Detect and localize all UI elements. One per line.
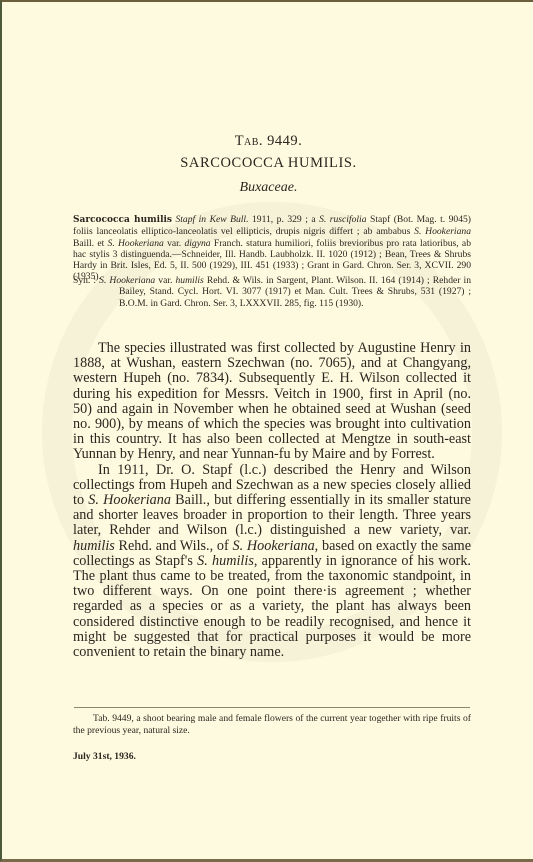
divider bbox=[74, 707, 470, 708]
paragraph-1: The species illustrated was first collec… bbox=[73, 341, 471, 463]
desc-italic: S. Hookeriana bbox=[414, 226, 471, 237]
plate-caption: Tab. 9449, a shoot bearing male and fema… bbox=[73, 713, 471, 736]
body-text: The species illustrated was first collec… bbox=[73, 341, 471, 660]
p2-text: Rehd. and Wils., of bbox=[115, 538, 233, 554]
p2-text: , apparently in ignorance of his work. T… bbox=[73, 553, 471, 660]
plate-number: Tab. 9449. bbox=[2, 133, 533, 150]
document-page: Tab. 9449. SARCOCOCCA HUMILIS. Buxaceae.… bbox=[0, 0, 533, 862]
species-title: SARCOCOCCA HUMILIS. bbox=[2, 155, 533, 172]
species-name: Sarcococca humilis bbox=[73, 215, 172, 225]
desc-text: var. bbox=[164, 238, 185, 249]
desc-italic: S. Hookeriana bbox=[108, 238, 164, 249]
syn-label: Syn. : bbox=[73, 275, 99, 286]
syn-italic: S. Hookeriana bbox=[99, 275, 155, 286]
p2-italic: S. Hookeriana bbox=[88, 492, 171, 508]
latin-description: Sarcococca humilis Stapf in Kew Bull. 19… bbox=[73, 214, 471, 283]
syn-italic: humilis bbox=[176, 275, 204, 286]
desc-text: 1911, p. 329 ; a bbox=[249, 214, 320, 225]
syn-text: var. bbox=[155, 275, 175, 286]
desc-italic: S. ruscifolia bbox=[319, 214, 366, 225]
synonymy: Syn. : S. Hookeriana var. humilis Rehd. … bbox=[73, 275, 471, 309]
p2-italic: S. humilis bbox=[197, 553, 254, 569]
p2-italic: humilis bbox=[73, 538, 115, 554]
p2-italic: S. Hookeriana bbox=[232, 538, 314, 554]
desc-text: Baill. et bbox=[73, 238, 108, 249]
paragraph-2: In 1911, Dr. O. Stapf (l.c.) described t… bbox=[73, 463, 471, 661]
caption-text: Tab. 9449, a shoot bearing male and fema… bbox=[73, 713, 471, 736]
desc-italic: digyna bbox=[184, 238, 210, 249]
publication-date: July 31st, 1936. bbox=[73, 751, 136, 762]
authority: Stapf in Kew Bull. bbox=[175, 214, 248, 225]
family-name: Buxaceae. bbox=[2, 180, 533, 196]
